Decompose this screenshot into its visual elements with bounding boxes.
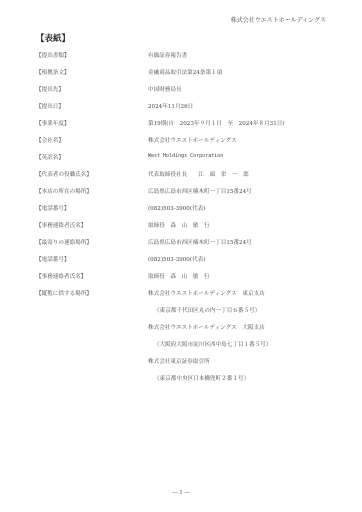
row-value: 株式会社ウエストホールディングス 東京支店 bbox=[148, 289, 265, 297]
row-phone-2: 【電話番号】 (082)503-3900(代表) bbox=[36, 255, 336, 265]
row-value: (082)503-3900(代表) bbox=[148, 255, 205, 263]
row-label: 【最寄りの連絡場所】 bbox=[36, 238, 92, 246]
row-value: 広島県広島市西区楠木町一丁目15番24号 bbox=[148, 238, 252, 246]
row-contact-person-2: 【事務連絡者氏名】 取締役 森 山 敏 行 bbox=[36, 272, 336, 282]
row-label: 【事業年度】 bbox=[36, 119, 70, 127]
row-value: 金融商品取引法第24条第１項 bbox=[148, 68, 222, 76]
row-label: 【提出日】 bbox=[36, 102, 64, 110]
row-value: 取締役 森 山 敏 行 bbox=[148, 221, 210, 229]
running-header-company: 株式会社ウエストホールディングス bbox=[231, 15, 326, 24]
row-phone: 【電話番号】 (082)503-3900(代表) bbox=[36, 204, 336, 214]
row-company-name: 【会社名】 株式会社ウエストホールディングス bbox=[36, 136, 336, 146]
row-label: 【根拠条文】 bbox=[36, 68, 70, 76]
row-value: 取締役 森 山 敏 行 bbox=[148, 272, 210, 280]
row-value: 有価証券報告書 bbox=[148, 51, 187, 59]
row-head-office: 【本店の所在の場所】 広島県広島市西区楠木町一丁目15番24号 bbox=[36, 187, 336, 197]
row-value: (082)503-3900(代表) bbox=[148, 204, 205, 212]
row-label: 【電話番号】 bbox=[36, 204, 70, 212]
row-value: 2024年11月26日 bbox=[148, 102, 193, 110]
row-label: 【事務連絡者氏名】 bbox=[36, 221, 86, 229]
row-label: 【英訳名】 bbox=[36, 153, 64, 161]
row-submission-date: 【提出日】 2024年11月26日 bbox=[36, 102, 336, 112]
row-value: 代表取締役社長 江 頭 栄 一 郎 bbox=[148, 170, 249, 178]
row-document-type: 【提出書類】 有価証券報告書 bbox=[36, 51, 336, 61]
row-label: 【縦覧に供する場所】 bbox=[36, 289, 92, 297]
inspection-place-line: 株式会社ウエストホールディングス 大阪支店 bbox=[148, 323, 265, 331]
page-number: ― 1 ― bbox=[0, 490, 362, 496]
row-value: 第19期(自 2023年９月１日 至 2024年８月31日) bbox=[148, 119, 285, 127]
inspection-place-line: 株式会社東京証券取引所 bbox=[148, 357, 210, 365]
inspection-place-line: （東京都中央区日本橋兜町２番１号） bbox=[154, 374, 249, 382]
row-submitted-to: 【提出先】 中国財務局長 bbox=[36, 85, 336, 95]
page-title: 【表紙】 bbox=[36, 32, 70, 44]
row-label: 【提出書類】 bbox=[36, 51, 70, 59]
row-label: 【提出先】 bbox=[36, 85, 64, 93]
inspection-place-line: （東京都千代田区丸の内一丁目６番５号） bbox=[154, 306, 260, 314]
row-inspection-places: 【縦覧に供する場所】 株式会社ウエストホールディングス 東京支店 bbox=[36, 289, 336, 299]
row-english-name: 【英訳名】 West Holdings Corporation bbox=[36, 153, 336, 163]
row-label: 【代表者の役職氏名】 bbox=[36, 170, 92, 178]
row-value: 中国財務局長 bbox=[148, 85, 182, 93]
inspection-place-line: （大阪府大阪市淀川区西中島七丁目１番５号） bbox=[154, 340, 271, 348]
row-nearest-contact-place: 【最寄りの連絡場所】 広島県広島市西区楠木町一丁目15番24号 bbox=[36, 238, 336, 248]
row-value: 株式会社ウエストホールディングス bbox=[148, 136, 237, 144]
row-label: 【会社名】 bbox=[36, 136, 64, 144]
row-label: 【電話番号】 bbox=[36, 255, 70, 263]
row-contact-person: 【事務連絡者氏名】 取締役 森 山 敏 行 bbox=[36, 221, 336, 231]
row-value: West Holdings Corporation bbox=[148, 153, 223, 159]
row-legal-basis: 【根拠条文】 金融商品取引法第24条第１項 bbox=[36, 68, 336, 78]
row-representative: 【代表者の役職氏名】 代表取締役社長 江 頭 栄 一 郎 bbox=[36, 170, 336, 180]
row-label: 【事務連絡者氏名】 bbox=[36, 272, 86, 280]
row-value: 広島県広島市西区楠木町一丁目15番24号 bbox=[148, 187, 252, 195]
row-label: 【本店の所在の場所】 bbox=[36, 187, 92, 195]
row-fiscal-year: 【事業年度】 第19期(自 2023年９月１日 至 2024年８月31日) bbox=[36, 119, 336, 129]
